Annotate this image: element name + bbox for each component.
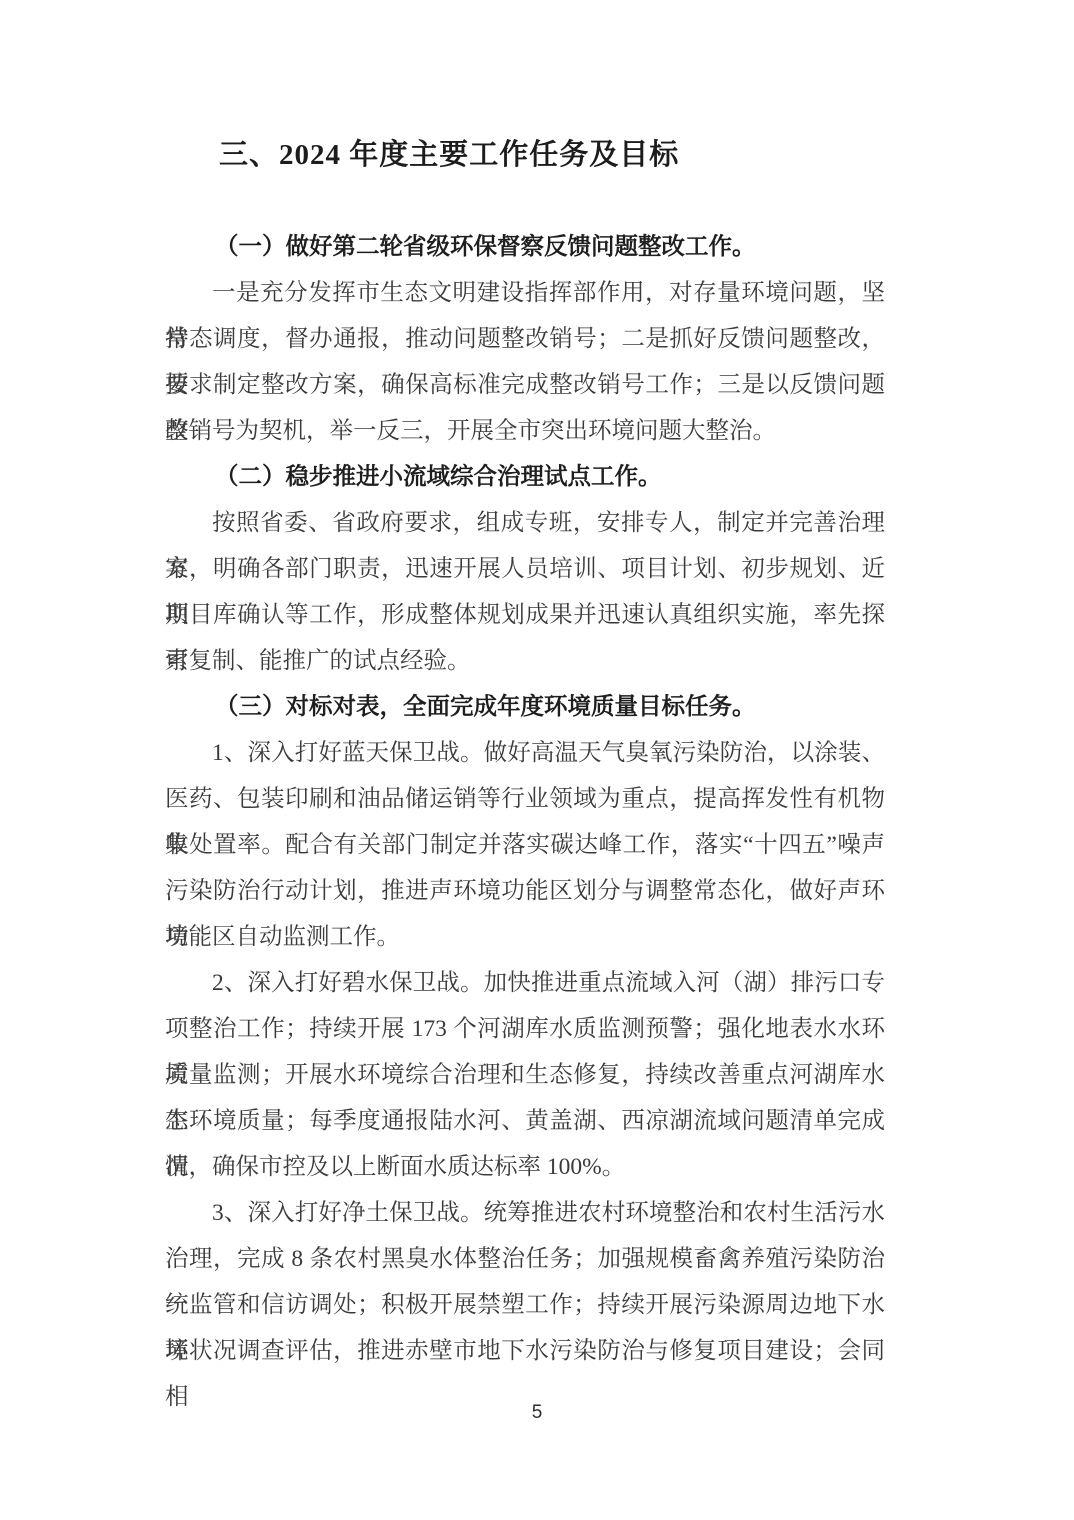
text-line: 1、深入打好蓝天保卫战。做好高温天气臭氧污染防治，以涂装、 <box>165 730 885 776</box>
text-line: 案，明确各部门职责，迅速开展人员培训、项目计划、初步规划、近期 <box>165 546 885 592</box>
text-line: 要求制定整改方案，确保高标准完成整改销号工作；三是以反馈问题整 <box>165 362 885 408</box>
section-heading: （一）做好第二轮省级环保督察反馈问题整改工作。 <box>165 224 885 270</box>
text-line: 治理，完成 8 条农村黑臭水体整治任务；加强规模畜禽养殖污染防治统 <box>165 1236 885 1282</box>
section-heading: （三）对标对表，全面完成年度环境质量目标任务。 <box>165 684 885 730</box>
section-heading: （二）稳步推进小流域综合治理试点工作。 <box>165 454 885 500</box>
text-line: 2、深入打好碧水保卫战。加快推进重点流域入河（湖）排污口专 <box>165 960 885 1006</box>
text-line: 质量监测；开展水环境综合治理和生态修复，持续改善重点河湖库水生 <box>165 1052 885 1098</box>
text-line: 项整治工作；持续开展 173 个河湖库水质监测预警；强化地表水水环境 <box>165 1006 885 1052</box>
document-content: 三、2024 年度主要工作任务及目标 （一）做好第二轮省级环保督察反馈问题整改工… <box>165 130 885 1374</box>
text-line: 3、深入打好净土保卫战。统筹推进农村环境整治和农村生活污水 <box>165 1190 885 1236</box>
text-line: 按照省委、省政府要求，组成专班，安排专人，制定并完善治理方 <box>165 500 885 546</box>
text-line: 改销号为契机，举一反三，开展全市突出环境问题大整治。 <box>165 408 885 454</box>
text-line: 常态调度，督办通报，推动问题整改销号；二是抓好反馈问题整改，按 <box>165 316 885 362</box>
text-line: 一是充分发挥市生态文明建设指挥部作用，对存量环境问题，坚持 <box>165 270 885 316</box>
page-number: 5 <box>0 1402 1074 1424</box>
text-line: 可复制、能推广的试点经验。 <box>165 638 885 684</box>
text-line: 医药、包装印刷和油品储运销等行业领域为重点，提高挥发性有机物收 <box>165 776 885 822</box>
text-line: 项目库确认等工作，形成整体规划成果并迅速认真组织实施，率先探索 <box>165 592 885 638</box>
text-line: 集处置率。配合有关部门制定并落实碳达峰工作，落实“十四五”噪声 <box>165 822 885 868</box>
title-spacer <box>165 180 885 224</box>
text-line: 一监管和信访调处；积极开展禁塑工作；持续开展污染源周边地下水环 <box>165 1282 885 1328</box>
text-line: 况，确保市控及以上断面水质达标率 100%。 <box>165 1144 885 1190</box>
text-line: 境状况调查评估，推进赤壁市地下水污染防治与修复项目建设；会同相 <box>165 1328 885 1374</box>
document-title: 三、2024 年度主要工作任务及目标 <box>165 130 885 180</box>
text-line: 污染防治行动计划，推进声环境功能区划分与调整常态化，做好声环境 <box>165 868 885 914</box>
document-page: 三、2024 年度主要工作任务及目标 （一）做好第二轮省级环保督察反馈问题整改工… <box>0 0 1074 1520</box>
text-line: 态环境质量；每季度通报陆水河、黄盖湖、西凉湖流域问题清单完成情 <box>165 1098 885 1144</box>
text-line: 功能区自动监测工作。 <box>165 914 885 960</box>
